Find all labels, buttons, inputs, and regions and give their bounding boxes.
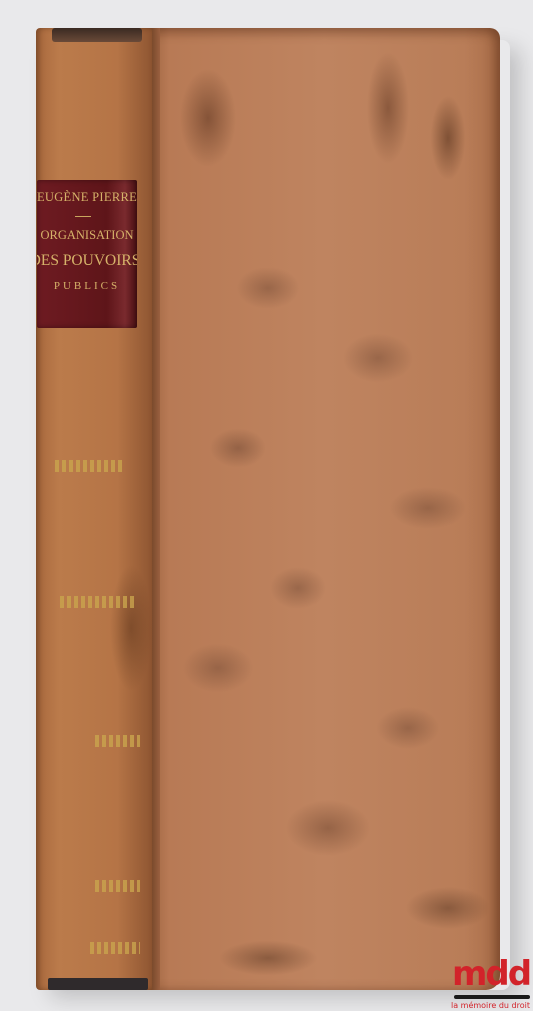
gilt-band (60, 596, 135, 608)
label-divider (75, 216, 91, 217)
gilt-band (95, 880, 140, 892)
spine-author: EUGÈNE PIERRE (37, 190, 137, 205)
book-spine (36, 28, 152, 990)
spine-headcap (52, 28, 142, 42)
gilt-band (95, 735, 140, 747)
logo-tagline: la mémoire du droit (448, 1001, 533, 1010)
spine-title-line-3: PUBLICS (37, 280, 137, 292)
spine-tailcap (48, 978, 148, 990)
mdd-logo: mdd la mémoire du droit (448, 955, 533, 1011)
spine-title-line-1: ORGANISATION (37, 228, 137, 243)
spine-title-label: EUGÈNE PIERRE ORGANISATION DES POUVOIRS … (37, 180, 137, 328)
gilt-band (90, 942, 140, 954)
gilt-band (55, 460, 125, 472)
book-front-cover (148, 28, 500, 990)
logo-underline (454, 995, 530, 999)
spine-title-line-2: DES POUVOIRS (37, 252, 137, 270)
book-photo: EUGÈNE PIERRE ORGANISATION DES POUVOIRS … (0, 0, 533, 1011)
logo-mark: mdd (452, 955, 530, 993)
